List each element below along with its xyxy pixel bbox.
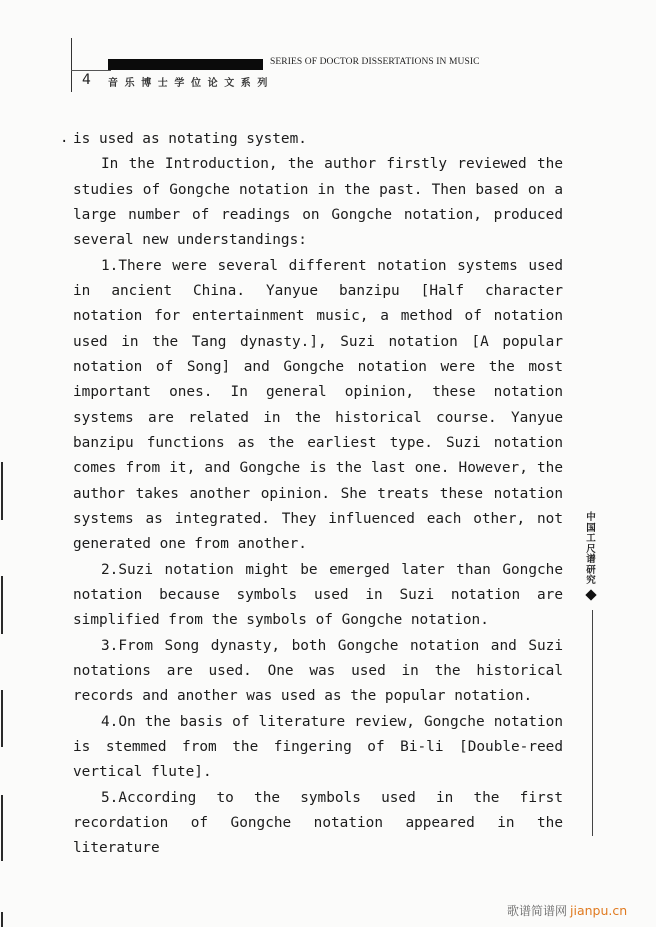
- scan-edge-mark: [1, 912, 3, 927]
- diamond-icon: [585, 589, 596, 600]
- header-black-bar: [108, 59, 263, 70]
- paragraph-continuation: is used as notating system.: [73, 127, 563, 152]
- header-horizontal-rule: [71, 70, 111, 71]
- body-text: is used as notating system. In the Intro…: [73, 127, 563, 862]
- scan-edge-mark: [1, 690, 3, 747]
- scan-edge-mark: [1, 462, 3, 520]
- paragraph-point-1: 1.There were several different notation …: [73, 254, 563, 558]
- paragraph-point-5: 5.According to the symbols used in the f…: [73, 786, 563, 862]
- header-vertical-rule: [71, 38, 72, 92]
- watermark-site-name: 歌谱简谱网: [507, 904, 567, 918]
- side-book-title: 中国工尺谱研究: [584, 513, 598, 587]
- side-vertical-rule: [592, 610, 593, 836]
- scan-edge-mark: [1, 795, 3, 861]
- leading-dot: .: [60, 130, 68, 146]
- scan-edge-mark: [1, 576, 3, 634]
- watermark-url: jianpu.cn: [570, 903, 627, 918]
- paragraph-point-4: 4.On the basis of literature review, Gon…: [73, 710, 563, 786]
- paragraph-point-3: 3.From Song dynasty, both Gongche notati…: [73, 634, 563, 710]
- watermark: 歌谱简谱网jianpu.cn: [507, 902, 627, 919]
- paragraph-point-2: 2.Suzi notation might be emerged later t…: [73, 558, 563, 634]
- page-number: 4: [82, 72, 91, 88]
- series-title-chinese: 音乐博士学位论文系列: [108, 74, 274, 89]
- series-title-english: SERIES OF DOCTOR DISSERTATIONS IN MUSIC: [270, 57, 480, 67]
- paragraph-introduction: In the Introduction, the author firstly …: [73, 152, 563, 253]
